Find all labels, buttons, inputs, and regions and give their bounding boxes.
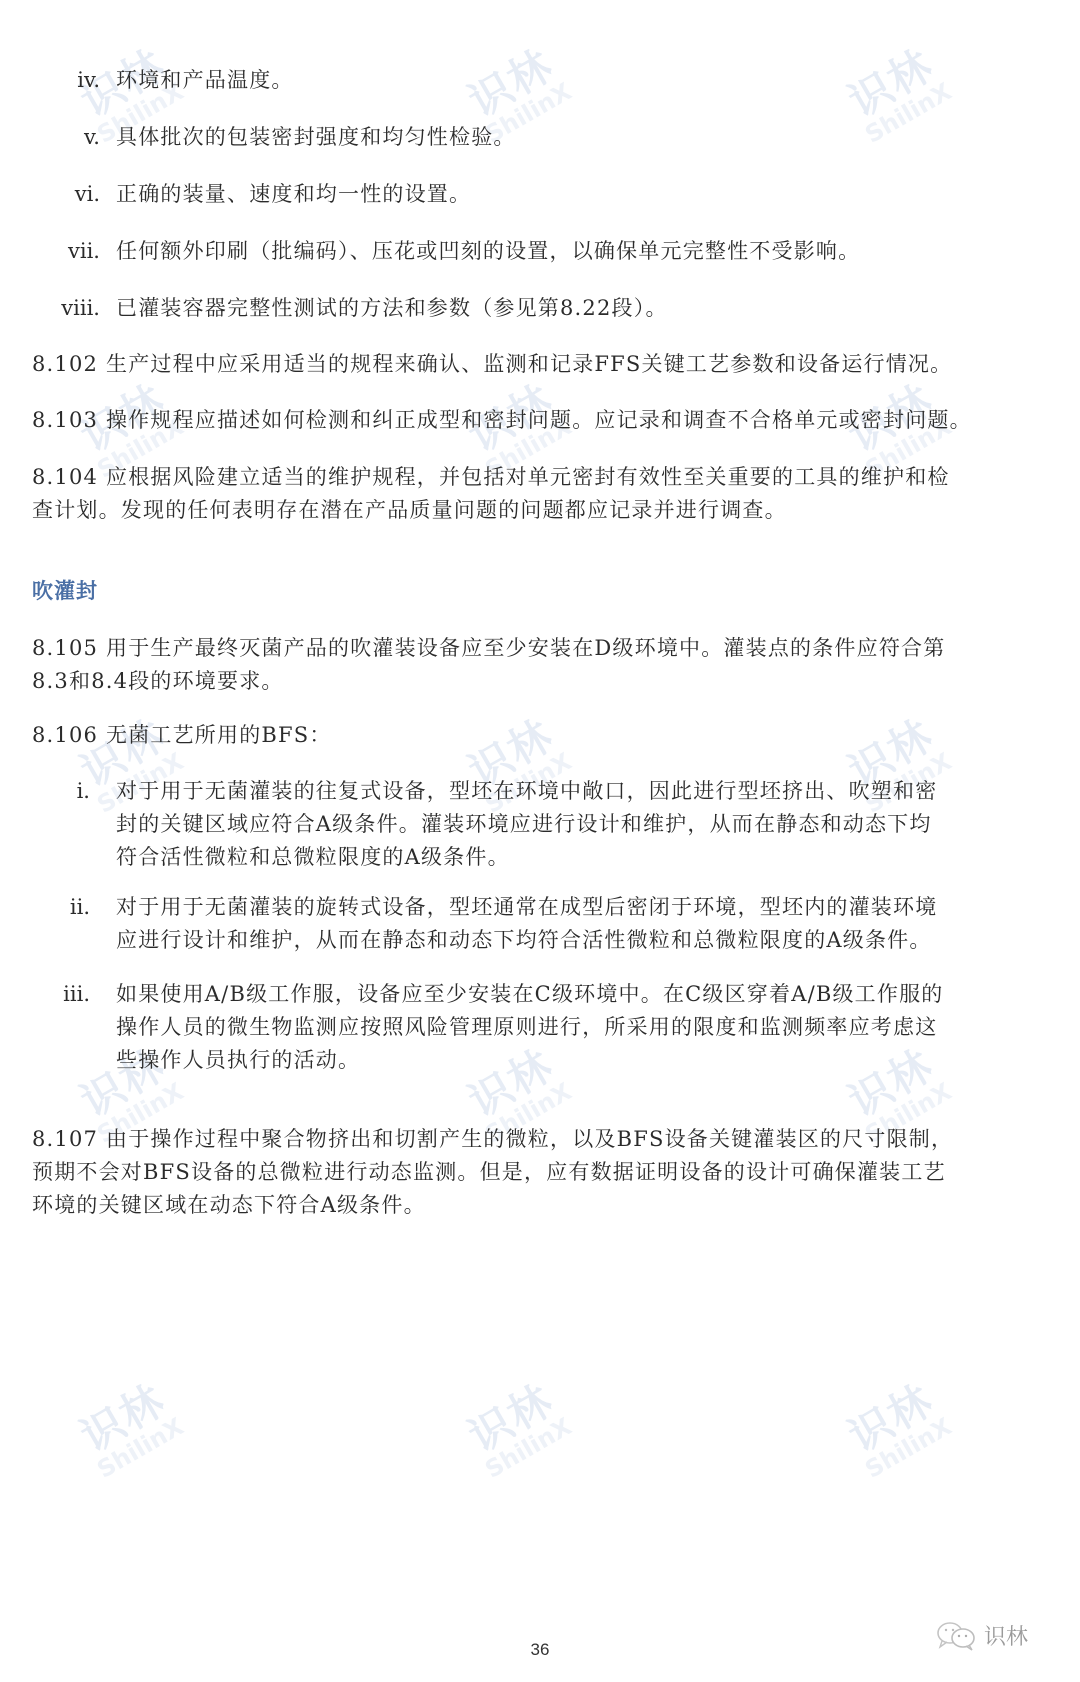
document-page: 识林 ShilinX 识林 ShilinX 识林 ShilinX 识林 Shil…	[0, 0, 1080, 1682]
list-item: vii. 任何额外印刷（批编码）、压花或凹刻的设置，以确保单元完整性不受影响。	[0, 235, 860, 268]
watermark-cn: 识林	[459, 41, 563, 126]
text-line: 些操作人员执行的活动。	[116, 1044, 943, 1077]
watermark: 识林 ShilinX	[459, 1376, 575, 1482]
page-number: 36	[0, 1640, 1080, 1660]
text-line: 封的关键区域应符合A级条件。灌装环境应进行设计和维护，从而在静态和动态下均	[116, 808, 937, 841]
list-item-text: 如果使用A/B级工作服，设备应至少安装在C级环境中。在C级区穿着A/B级工作服的…	[116, 978, 943, 1077]
watermark-cn: 识林	[71, 1376, 175, 1461]
text-line: 查计划。发现的任何表明存在潜在产品质量问题的问题都应记录并进行调查。	[32, 494, 950, 527]
text-line: 具体批次的包装密封强度和均匀性检验。	[116, 121, 516, 154]
paragraph-8-106: 8.106 无菌工艺所用的BFS：	[32, 719, 332, 752]
list-item-number: vii.	[0, 235, 116, 268]
list-item-text: 正确的装量、速度和均一性的设置。	[116, 178, 471, 211]
watermark-cn: 识林	[459, 1376, 563, 1461]
list-item-text: 已灌装容器完整性测试的方法和参数（参见第8.22段）。	[116, 292, 668, 325]
paragraph-8-105: 8.105 用于生产最终灭菌产品的吹灌装设备应至少安装在D级环境中。灌装点的条件…	[32, 632, 945, 698]
list-item: i. 对于用于无菌灌装的往复式设备，型坯在环境中敞口，因此进行型坯挤出、吹塑和密…	[0, 775, 937, 874]
list-item-text: 对于用于无菌灌装的旋转式设备，型坯通常在成型后密闭于环境，型坯内的灌装环境 应进…	[116, 891, 937, 957]
paragraph-8-102: 8.102 生产过程中应采用适当的规程来确认、监测和记录FFS关键工艺参数和设备…	[32, 348, 952, 381]
paragraph-8-104: 8.104 应根据风险建立适当的维护规程，并包括对单元密封有效性至关重要的工具的…	[32, 461, 950, 527]
text-line: 8.3和8.4段的环境要求。	[32, 665, 945, 698]
wechat-account-name: 识林	[984, 1620, 1028, 1651]
text-line: 对于用于无菌灌装的旋转式设备，型坯通常在成型后密闭于环境，型坯内的灌装环境	[116, 891, 937, 924]
paragraph-8-107: 8.107 由于操作过程中聚合物挤出和切割产生的微粒，以及BFS设备关键灌装区的…	[32, 1123, 953, 1222]
text-line: 8.102 生产过程中应采用适当的规程来确认、监测和记录FFS关键工艺参数和设备…	[32, 348, 952, 381]
text-line: 8.106 无菌工艺所用的BFS：	[32, 719, 332, 752]
list-item: ii. 对于用于无菌灌装的旋转式设备，型坯通常在成型后密闭于环境，型坯内的灌装环…	[0, 891, 937, 957]
text-line: 环境和产品温度。	[116, 64, 294, 97]
list-item-number: iii.	[0, 978, 106, 1011]
text-line: 符合活性微粒和总微粒限度的A级条件。	[116, 841, 937, 874]
wechat-source-badge: 识林	[936, 1620, 1028, 1651]
list-item: viii. 已灌装容器完整性测试的方法和参数（参见第8.22段）。	[0, 292, 668, 325]
list-item: iv. 环境和产品温度。	[0, 64, 294, 97]
watermark-en: ShilinX	[481, 1414, 575, 1482]
watermark-cn: 识林	[839, 41, 943, 126]
text-line: 8.107 由于操作过程中聚合物挤出和切割产生的微粒，以及BFS设备关键灌装区的…	[32, 1123, 953, 1156]
list-item-number: viii.	[0, 292, 116, 325]
watermark-en: ShilinX	[93, 1414, 187, 1482]
text-line: 环境的关键区域在动态下符合A级条件。	[32, 1189, 953, 1222]
watermark-en: ShilinX	[861, 79, 955, 147]
list-item-number: ii.	[0, 891, 106, 924]
text-line: 8.105 用于生产最终灭菌产品的吹灌装设备应至少安装在D级环境中。灌装点的条件…	[32, 632, 945, 665]
list-item-text: 环境和产品温度。	[116, 64, 294, 97]
text-line: 正确的装量、速度和均一性的设置。	[116, 178, 471, 211]
watermark-cn: 识林	[839, 1376, 943, 1461]
list-item-text: 具体批次的包装密封强度和均匀性检验。	[116, 121, 516, 154]
text-line: 应进行设计和维护，从而在静态和动态下均符合活性微粒和总微粒限度的A级条件。	[116, 924, 937, 957]
list-item-number: i.	[0, 775, 106, 808]
watermark: 识林 ShilinX	[71, 1376, 187, 1482]
section-heading: 吹灌封	[32, 576, 98, 606]
watermark: 识林 ShilinX	[839, 1376, 955, 1482]
text-line: 8.103 操作规程应描述如何检测和纠正成型和密封问题。应记录和调查不合格单元或…	[32, 404, 972, 437]
watermark-en: ShilinX	[861, 1414, 955, 1482]
list-item: v. 具体批次的包装密封强度和均匀性检验。	[0, 121, 516, 154]
list-item-number: iv.	[0, 64, 116, 97]
list-item-text: 对于用于无菌灌装的往复式设备，型坯在环境中敞口，因此进行型坯挤出、吹塑和密 封的…	[116, 775, 937, 874]
text-line: 8.104 应根据风险建立适当的维护规程，并包括对单元密封有效性至关重要的工具的…	[32, 461, 950, 494]
text-line: 已灌装容器完整性测试的方法和参数（参见第8.22段）。	[116, 292, 668, 325]
list-item: iii. 如果使用A/B级工作服，设备应至少安装在C级环境中。在C级区穿着A/B…	[0, 978, 943, 1077]
paragraph-8-103: 8.103 操作规程应描述如何检测和纠正成型和密封问题。应记录和调查不合格单元或…	[32, 404, 972, 437]
text-line: 如果使用A/B级工作服，设备应至少安装在C级环境中。在C级区穿着A/B级工作服的	[116, 978, 943, 1011]
text-line: 操作人员的微生物监测应按照风险管理原则进行，所采用的限度和监测频率应考虑这	[116, 1011, 943, 1044]
list-item-number: vi.	[0, 178, 116, 211]
list-item-number: v.	[0, 121, 116, 154]
text-line: 预期不会对BFS设备的总微粒进行动态监测。但是，应有数据证明设备的设计可确保灌装…	[32, 1156, 953, 1189]
list-item: vi. 正确的装量、速度和均一性的设置。	[0, 178, 471, 211]
wechat-icon	[936, 1621, 978, 1651]
text-line: 对于用于无菌灌装的往复式设备，型坯在环境中敞口，因此进行型坯挤出、吹塑和密	[116, 775, 937, 808]
watermark: 识林 ShilinX	[839, 41, 955, 147]
text-line: 任何额外印刷（批编码）、压花或凹刻的设置，以确保单元完整性不受影响。	[116, 235, 860, 268]
list-item-text: 任何额外印刷（批编码）、压花或凹刻的设置，以确保单元完整性不受影响。	[116, 235, 860, 268]
